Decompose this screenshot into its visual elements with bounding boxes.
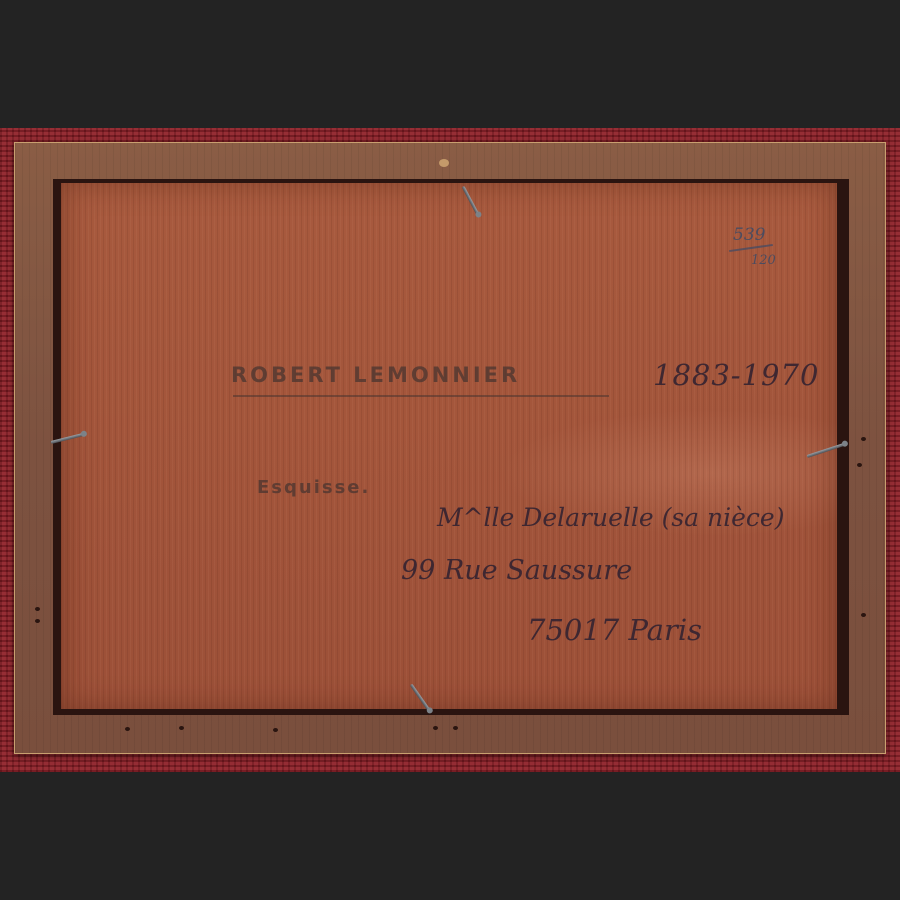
nail-hole [861,437,866,441]
nail-hole [453,726,458,730]
wooden-panel-back: 539 120 ROBERT LEMONNIER 1883-1970 Esqui… [61,183,837,709]
nail-hole [857,463,862,467]
inventory-number-bottom: 120 [751,253,776,268]
nail-hole [273,728,278,732]
artist-name: ROBERT LEMONNIER [231,363,520,387]
owner-line: M^lle Delaruelle (sa nièce) [437,503,784,532]
picture-frame: 539 120 ROBERT LEMONNIER 1883-1970 Esqui… [14,142,886,754]
nail-hole [35,607,40,611]
artwork-title: Esquisse. [257,477,370,498]
inventory-number-top: 539 [733,225,765,245]
address-street: 99 Rue Saussure [401,555,632,586]
nail-hole [35,619,40,623]
nail-hole [861,613,866,617]
artist-name-underline [233,395,609,397]
nail-hole [179,726,184,730]
nail-hole [125,727,130,731]
chipped-wood [439,159,449,167]
top-dark-band [0,0,900,128]
nail-hole [433,726,438,730]
artist-dates: 1883-1970 [653,358,819,392]
bottom-dark-band [0,772,900,900]
inventory-fraction-line [729,244,773,252]
address-city: 75017 Paris [527,613,702,647]
